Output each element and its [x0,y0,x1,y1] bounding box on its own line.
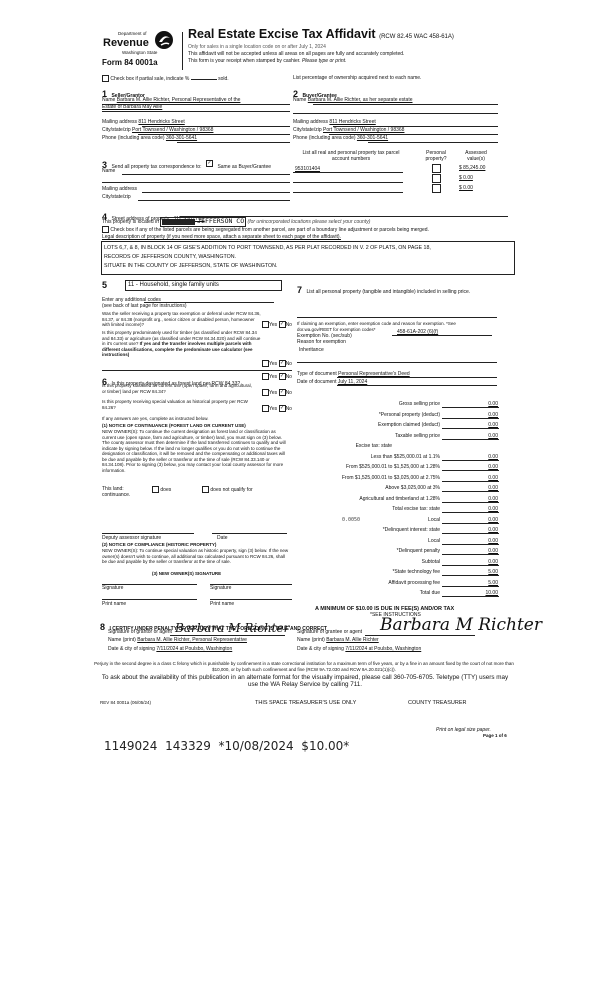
tax-row: Above $3,025,000 at 3%0.00 [297,484,502,493]
dept-state: Washington State [122,50,157,55]
perjury-notice: Perjury in the second degree is a class … [94,661,514,672]
s5-q2-answers: Yes ✓No [262,360,292,367]
tax-row-underline [442,554,499,555]
seller-section: 1 Seller/Grantor Name Barbara M. Allie R… [102,84,292,159]
does-not-label: does not qualify for [210,487,252,493]
rev-number: REV 84 0001a (06/05/24) [100,700,151,706]
does-not-qualify-checkbox[interactable] [202,486,209,493]
deputy-sig-label: Deputy assessor signature [102,535,161,541]
ownership-note: List percentage of ownership acquired ne… [293,75,421,81]
yes-label: Yes [269,322,277,328]
tax-row: Less than $525,000.01 at 1.1%0.00 [297,453,502,462]
seller-city-field[interactable]: Port Townsend / Washington / 98368 [132,127,213,133]
tax-row: Local0.00 [297,537,502,546]
parcels-header-assessed: Assessed value(s) [459,150,493,162]
segregated-checkbox[interactable] [102,226,109,233]
buyer-phone-label: Phone (including area code) [293,135,356,141]
seller-name-field[interactable]: Barbara M. Allie Richter, Personal Repre… [117,97,241,103]
partial-sale-suffix: sold. [218,76,229,82]
s6-q1-yes-checkbox[interactable] [262,373,269,380]
tax-row: *Delinquent penalty0.00 [297,547,502,556]
no-label: No [286,406,292,412]
reason-label: Reason for exemption [297,339,346,345]
tax-row-value[interactable]: 5.00 [488,569,498,575]
tax-row-underline [442,407,499,408]
parcel-personal-checkbox[interactable] [432,164,441,173]
tax-row: *Delinquent interest: state0.00 [297,526,502,535]
header-note-2: This affidavit will not be accepted unle… [188,51,404,57]
tax-row: *State technology fee5.00 [297,568,502,577]
notice-2-body: NEW OWNER(S): To continue special valuat… [102,548,290,565]
seller-name-label: Name [102,97,115,103]
legal-description-box[interactable]: LOTS 6,7, & 8, IN BLOCK 14 OF GISE'S ADD… [101,241,515,275]
grantee-name-field[interactable]: Barbara M. Allie Richter [326,637,379,643]
tax-row-label: Exemption claimed (deduct) [378,422,440,428]
tax-row-underline [442,512,499,513]
buyer-city-field[interactable]: Port Townsend / Washington / 98368 [323,127,404,133]
tax-row-underline [442,481,499,482]
tax-row-underline [442,491,499,492]
tax-row-label: *State technology fee [392,569,440,575]
tax-row-value[interactable]: 0.00 [488,412,498,418]
parcel-personal-checkbox[interactable] [432,184,441,193]
property-section: 4 Street address of property 111 S 6TH S… [102,207,512,242]
legal-line-2: RECORDS OF JEFFERSON COUNTY, WASHINGTON. [104,254,236,260]
tax-row: Affidavit processing fee5.00 [297,579,502,588]
no-label: No [286,390,292,396]
corr-name-label: Name [102,168,115,174]
seller-name-line2-field[interactable]: Estate of Barbara May Allie [102,104,162,110]
parcel-assessed-field[interactable]: $ 85,245.00 [459,165,485,171]
s5-q2-yes-checkbox[interactable] [262,360,269,367]
s6-q3-no-checkbox[interactable]: ✓ [279,405,286,412]
seller-phone-field[interactable]: 360-301-5641 [166,135,197,141]
tax-row-value[interactable]: 0.00 [488,433,498,439]
tax-row-label: *Personal property (deduct) [379,412,440,418]
tax-row-label: From $525,000.01 to $1,525,000 at 1.28% [346,464,440,470]
grantee-name-label: Name (print) [297,637,325,643]
tax-row-underline [442,565,499,566]
notice-1-title: (1) NOTICE OF CONTINUANCE (FOREST LAND O… [102,423,246,429]
tax-row-underline [442,460,499,461]
doc-date-label: Date of document [297,379,336,385]
cashier-stamp: 1149024 143329 *10/08/2024 $10.00* [104,739,349,753]
s6-q2-yes-checkbox[interactable] [262,389,269,396]
tax-row-label: Local [428,538,440,544]
seller-mailing-label: Mailing address [102,119,137,125]
header-note-3-text: This form is your receipt when stamped b… [188,58,301,64]
tax-row-label: *Delinquent interest: state [383,527,440,533]
tax-row-value[interactable]: 0.00 [488,485,498,491]
parcels-header-accounts: List all real and personal property tax … [301,150,401,162]
legal-line-3: SITUATE IN THE COUNTY OF JEFFERSON, STAT… [104,263,277,269]
no-label: No [286,374,292,380]
located-label: This property is located in [102,219,159,225]
accessibility-notice: To ask about the availability of this pu… [100,674,510,688]
header-note-3-italic: Please type or print. [302,58,346,64]
tax-row-label: Agricultural and timberland at 1.28% [359,496,440,502]
tax-row: Excise tax: state [297,442,502,451]
grantee-date-label: Date & city of signing [297,646,344,652]
corr-city-label: City/state/zip [102,194,131,200]
buyer-mailing-field[interactable]: 811 Hendricks Street [329,119,375,125]
location-value: JEFFERSON CO [197,217,244,225]
tax-row: Taxable selling price0.00 [297,432,502,441]
buyer-phone-field[interactable]: 360-301-5641 [357,135,388,141]
partial-sale-checkbox[interactable] [102,75,109,82]
section-6: 6 Is this property designated as forest … [102,372,292,622]
corr-mailing-label: Mailing address [102,186,137,192]
tax-row: Exemption claimed (deduct)0.00 [297,421,502,430]
tax-row-underline [442,470,499,471]
s6-question-2: Is this property classified as current u… [102,383,257,394]
treasurer-use-label: THIS SPACE TREASURER'S USE ONLY [255,700,356,706]
tax-row: 0.0050Local0.00 [297,516,502,525]
new-owner-sig-label-1: Signature [102,585,123,591]
page-number: Page 1 of 6 [483,733,507,739]
parcel-underline [293,192,403,193]
personal-property-label: List all personal property (tangible and… [306,289,470,295]
legal-line-1: LOTS 6,7, & 8, IN BLOCK 14 OF GISE'S ADD… [104,245,431,251]
buyer-section: 2 Buyer/Grantee Name Barbara M. Allie Ri… [293,84,503,159]
parcel-assessed-field[interactable]: $ 0.00 [459,185,473,191]
tax-row-value[interactable]: 0.00 [488,517,498,523]
tax-row-value[interactable]: 0.00 [488,422,498,428]
tax-row-value[interactable]: 0.00 [488,538,498,544]
correspondence-section: 3 Send all property tax correspondence t… [102,155,292,200]
land-use-value: 11 - Household, single family units [128,282,219,288]
tax-row-label: Excise tax: state [356,443,392,449]
yes-label: Yes [269,406,277,412]
section-8-number: 8 [100,622,105,632]
seller-mailing-field[interactable]: 811 Hendricks Street [138,119,184,125]
tax-row-underline [442,439,499,440]
grantor-signature[interactable]: Barbara M Richter [175,621,289,635]
header-note-1: Only for sales in a single location code… [188,44,326,50]
s6-q3-yes-checkbox[interactable] [262,405,269,412]
parcel-underline [293,172,403,173]
tax-row: Subtotal0.00 [297,558,502,567]
parcel-personal-checkbox[interactable] [432,174,441,183]
tax-row-label: Above $3,025,000 at 3% [385,485,440,491]
yes-label: Yes [269,361,277,367]
parcels-table: List all real and personal property tax … [293,150,503,202]
revenue-swirl-icon [154,30,174,50]
legal-label: Legal description of property (if you ne… [102,234,341,240]
tax-row-label: Less than $525,000.01 at 1.1% [371,454,440,460]
grantor-sig-label: Signature of grantor or agent [108,629,172,635]
tax-row-label: Total due [420,590,440,596]
parcel-assessed-field[interactable]: $ 0.00 [459,175,473,181]
dor-logo: Department of Revenue Washington State F… [98,30,178,70]
exemption-note: If claiming an exemption, enter exemptio… [297,321,477,332]
dept-line1: Department of [118,31,147,36]
no-label: No [286,322,292,328]
tax-row: Gross selling price0.00 [297,400,502,409]
s5-q1-no-checkbox[interactable]: ✓ [279,321,286,328]
tax-row-label: Local [428,517,440,523]
reason-field[interactable]: Inheritance [299,347,324,353]
tax-row-value[interactable]: 0.00 [488,506,498,512]
grantee-date-field[interactable]: 7/11/2024 at Poulsbo, Washington [345,646,421,652]
tax-row: Agricultural and timberland at 1.28%0.00 [297,495,502,504]
tax-row-value[interactable]: 0.00 [488,496,498,502]
tax-row-label: Subtotal [422,559,440,565]
tax-row-label: Total excise tax: state [392,506,440,512]
tax-row-underline [442,418,499,419]
does-qualify-checkbox[interactable] [152,486,159,493]
no-label: No [286,361,292,367]
section-5: 5 11 - Household, single family units En… [102,280,292,370]
deputy-date-label: Date [217,535,228,541]
grantee-signature[interactable]: Barbara M Richter [380,615,542,635]
tax-row-value[interactable]: 0.00 [488,527,498,533]
form-title: Real Estate Excise Tax Affidavit (RCW 82… [188,27,454,41]
s5-question-1: Was the seller receiving a property tax … [102,311,262,328]
tax-row-underline [442,544,499,545]
buyer-mailing-label: Mailing address [293,119,328,125]
grantor-name-label: Name (print) [108,637,136,643]
tax-row-value[interactable]: 0.00 [488,559,498,565]
tax-row: *Personal property (deduct)0.00 [297,411,502,420]
new-owner-print-label-2: Print name [210,601,234,607]
tax-row-underline [442,586,499,587]
tax-row-underline [442,533,499,534]
dept-name: Revenue [103,37,149,49]
section-5-number: 5 [102,280,107,290]
s5-question-2: Is this property predominately used for … [102,330,262,358]
tax-row-value[interactable]: 0.00 [488,475,498,481]
notice-3-title: (3) NEW OWNER(S) SIGNATURE [152,571,221,577]
s6-q2-no-checkbox[interactable]: ✓ [279,389,286,396]
tax-row-value[interactable]: 10.00 [485,590,498,596]
s6-question-3: Is this property receiving special valua… [102,399,257,410]
notice-2-title: (2) NOTICE OF COMPLIANCE (HISTORIC PROPE… [102,542,216,548]
tax-row-label: Gross selling price [399,401,440,407]
county-treasurer-label: COUNTY TREASURER [408,700,466,706]
header-note-3: This form is your receipt when stamped b… [188,58,346,64]
s6-q3-answers: Yes ✓No [262,405,292,412]
parcels-header-personal: Personal property? [421,150,451,162]
located-note: (for unincorporated locations please sel… [248,219,371,225]
tax-calculation: Gross selling price0.00*Personal propert… [297,400,507,610]
continuance-label: continuance. [102,492,130,498]
tax-row-label: Affidavit processing fee [388,580,440,586]
yes-label: Yes [269,390,277,396]
new-owner-print-label-1: Print name [102,601,126,607]
local-rate: 0.0050 [342,517,360,523]
doc-type-label: Type of document [297,371,337,377]
section-8: 8 I CERTIFY UNDER PENALTY OF PERJURY THA… [100,617,560,667]
partial-sale-label: Check box if partial sale, indicate % [110,76,189,82]
additional-codes-note: (see back of last page for instructions) [102,303,187,309]
yes-label: Yes [269,374,277,380]
tax-row-value[interactable]: 5.00 [488,580,498,586]
tax-row-value[interactable]: 0.00 [488,401,498,407]
tax-row: Total due10.00 [297,589,502,598]
parcel-underline [293,182,403,183]
tax-row-value[interactable]: 0.00 [488,454,498,460]
s5-q1-yes-checkbox[interactable] [262,321,269,328]
section-7: 7 List all personal property (tangible a… [297,280,507,400]
s6-q2-answers: Yes ✓No [262,389,292,396]
buyer-name-label: Name [293,97,306,103]
s6-q1-no-checkbox[interactable]: ✓ [279,373,286,380]
same-as-buyer-checkbox[interactable]: ✓ [206,160,213,167]
section-7-number: 7 [297,285,302,295]
notice-1-body: NEW OWNER(S): To continue the current de… [102,429,290,473]
does-label: does [160,487,171,493]
grantor-date-field[interactable]: 7/11/2024 at Poulsbo, Washington [156,646,232,652]
tax-row-label: Taxable selling price [395,433,440,439]
tax-row-label: From $1,525,000.01 to $3,025,000 at 2.75… [342,475,440,481]
s5-q1-answers: Yes ✓No [262,321,292,328]
tax-row-label: *Delinquent penalty [397,548,440,554]
new-owner-sig-label-2: Signature [210,585,231,591]
correspondence-label: Send all property tax correspondence to: [111,164,201,170]
grantee-sig-label: Signature of grantee or agent [297,629,362,635]
tax-row: Total excise tax: state0.00 [297,505,502,514]
segregated-label: Check box if any of the listed parcels a… [110,227,429,233]
s6-if-yes: If any answers are yes, complete as inst… [102,416,209,422]
grantor-date-label: Date & city of signing [108,646,155,652]
tax-row-value[interactable]: 0.00 [488,464,498,470]
header-divider [182,32,183,70]
grantor-name-field[interactable]: Barbara M. Allie Richter, Personal Repre… [137,637,247,643]
tax-row-underline [442,596,499,597]
buyer-name-field[interactable]: Barbara M. Allie Richter, as her separat… [308,97,413,103]
s5-q2-no-checkbox[interactable]: ✓ [279,360,286,367]
s6-q1-answers: Yes ✓No [262,373,292,380]
location-struck: Port Townsend [162,219,195,225]
tax-row-underline [442,502,499,503]
tax-row-underline [442,428,499,429]
tax-row-underline [442,523,499,524]
tax-row: From $1,525,000.01 to $3,025,000 at 2.75… [297,474,502,483]
form-number: Form 84 0001a [102,58,158,67]
seller-phone-label: Phone (including area code) [102,135,165,141]
partial-sale-row: Check box if partial sale, indicate % so… [102,75,229,82]
buyer-city-label: City/state/zip [293,127,322,133]
form-title-text: Real Estate Excise Tax Affidavit [188,27,376,41]
same-as-buyer-label: Same as Buyer/Grantee [217,164,271,170]
land-use-select[interactable]: 11 - Household, single family units [125,280,282,291]
tax-row: From $525,000.01 to $1,525,000 at 1.28%0… [297,463,502,472]
tax-row-value[interactable]: 0.00 [488,548,498,554]
seller-city-label: City/state/zip [102,127,131,133]
tax-row-underline [442,575,499,576]
form-title-ref: (RCW 82.45 WAC 458-61A) [379,34,454,40]
